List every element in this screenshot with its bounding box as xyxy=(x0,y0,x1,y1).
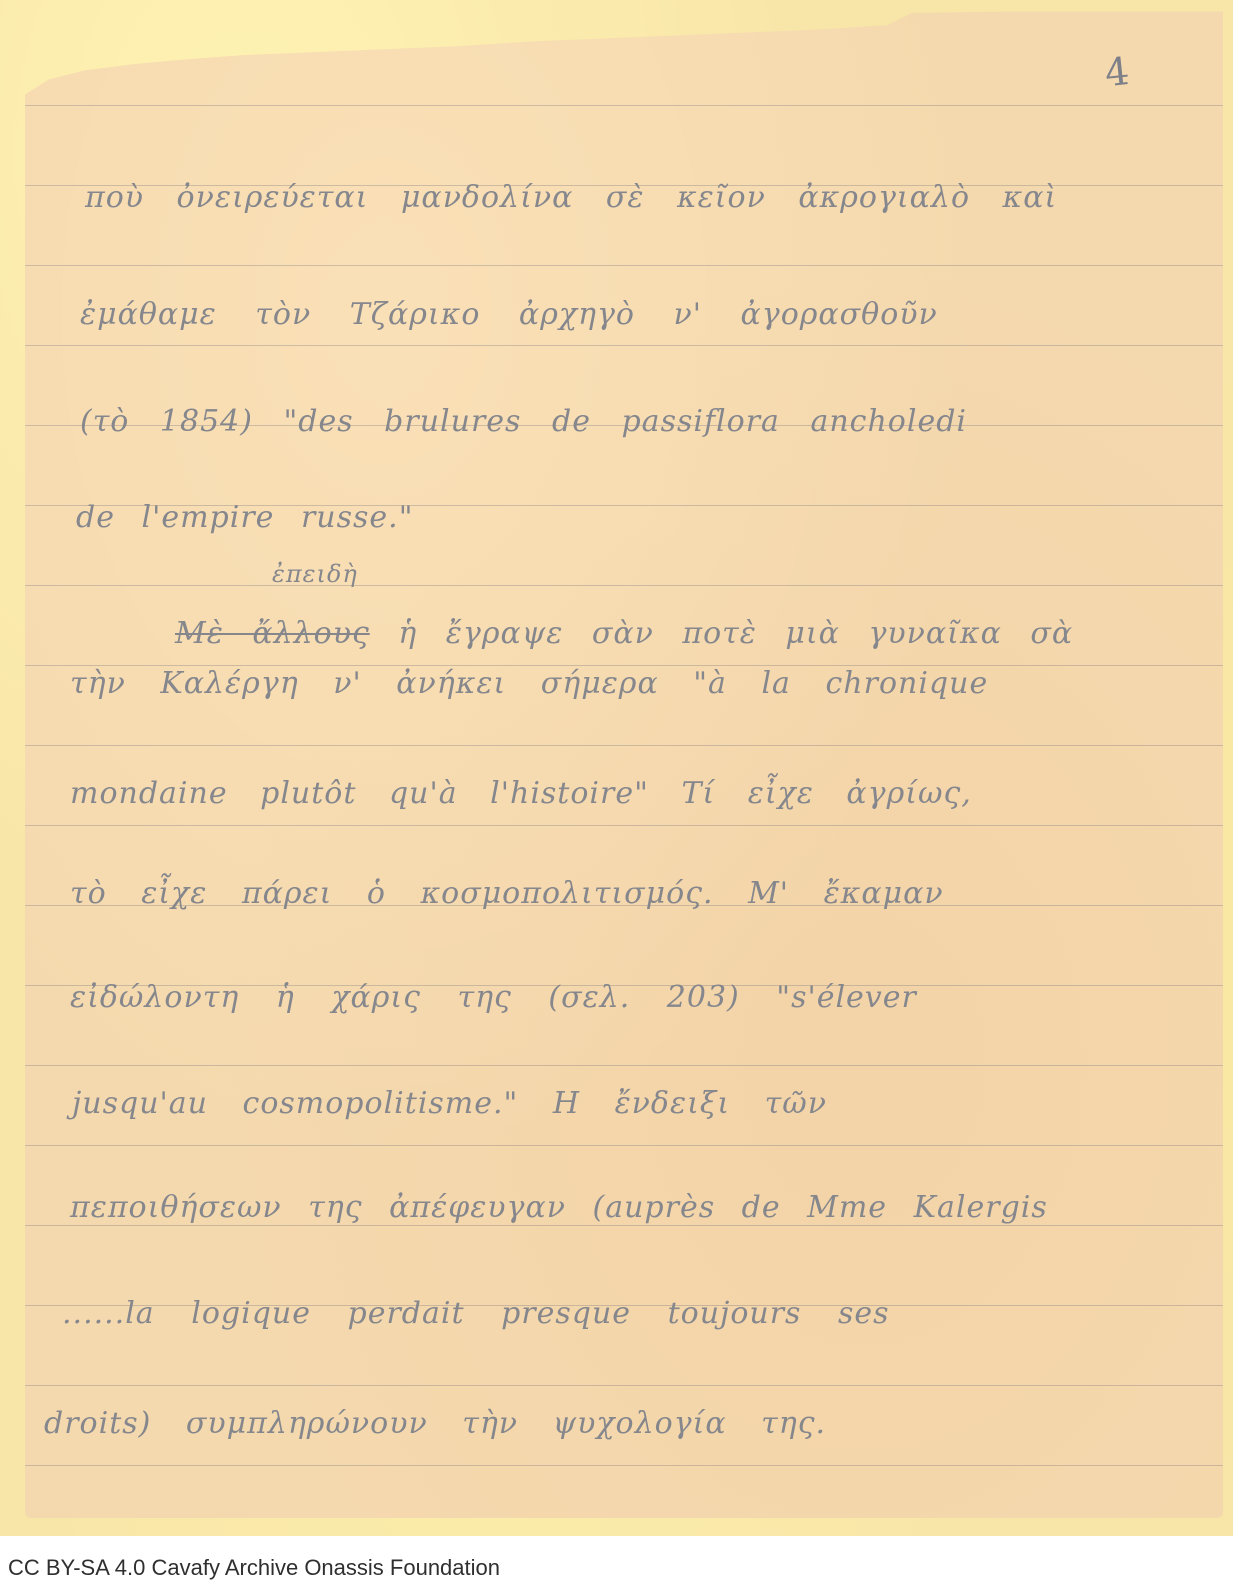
manuscript-line-13: droits) συμπληρώνουν τὴν ψυχολογία της. xyxy=(44,1406,826,1441)
manuscript-line-5: Μὲ ἄλλους ἡ ἔγραψε σὰν ποτὲ μιὰ γυναῖκα … xyxy=(175,616,1073,651)
manuscript-line-2: ἐμάθαμε τὸν Τζάρικο ἀρχηγὸ ν' ἀγορασθοῦν xyxy=(80,297,938,332)
ruled-line xyxy=(25,1225,1223,1226)
ruled-line xyxy=(25,345,1223,346)
manuscript-line-8: τὸ εἶχε πάρει ὁ κοσμοπολιτισμός. Μ' ἔκαμ… xyxy=(70,876,944,911)
ruled-line xyxy=(25,825,1223,826)
interlinear-insertion: ἐπειδὴ xyxy=(272,560,358,588)
manuscript-line-12: ......la logique perdait presque toujour… xyxy=(62,1296,890,1331)
page-number: 4 xyxy=(1103,49,1132,95)
ruled-line xyxy=(25,105,1223,106)
manuscript-line-6: τὴν Καλέργη ν' ἀνήκει σήμερα "à la chron… xyxy=(70,666,988,701)
manuscript-line-3: (τὸ 1854) "des brulures de passiflora an… xyxy=(80,404,967,439)
manuscript-line-7: mondaine plutôt qu'à l'histoire" Τί εἶχε… xyxy=(70,776,972,811)
ruled-line xyxy=(25,1465,1223,1466)
manuscript-sheet xyxy=(25,10,1223,1518)
ruled-line xyxy=(25,1385,1223,1386)
manuscript-line-1: ποὺ ὀνειρεύεται μανδολίνα σὲ κεῖον ἀκρογ… xyxy=(85,180,1057,215)
ruled-line xyxy=(25,265,1223,266)
manuscript-line-10: jusqu'au cosmopolitisme." Η ἔνδειξι τῶν xyxy=(72,1086,827,1121)
ruled-line xyxy=(25,585,1223,586)
manuscript-line-9: εἰδώλοντη ἡ χάρις της (σελ. 203) "s'élev… xyxy=(70,980,917,1015)
ruled-line xyxy=(25,745,1223,746)
line-text: ἡ ἔγραψε σὰν ποτὲ μιὰ γυναῖκα σὰ xyxy=(398,616,1073,651)
license-credit: CC BY-SA 4.0 Cavafy Archive Onassis Foun… xyxy=(8,1555,500,1581)
manuscript-line-11: πεποιθήσεων της ἀπέφευγαν (auprès de Mme… xyxy=(70,1190,1048,1225)
manuscript-line-4: de l'empire russe." xyxy=(76,500,414,535)
ruled-line xyxy=(25,1145,1223,1146)
ruled-line xyxy=(25,1065,1223,1066)
struck-through-text: Μὲ ἄλλους xyxy=(175,616,370,651)
